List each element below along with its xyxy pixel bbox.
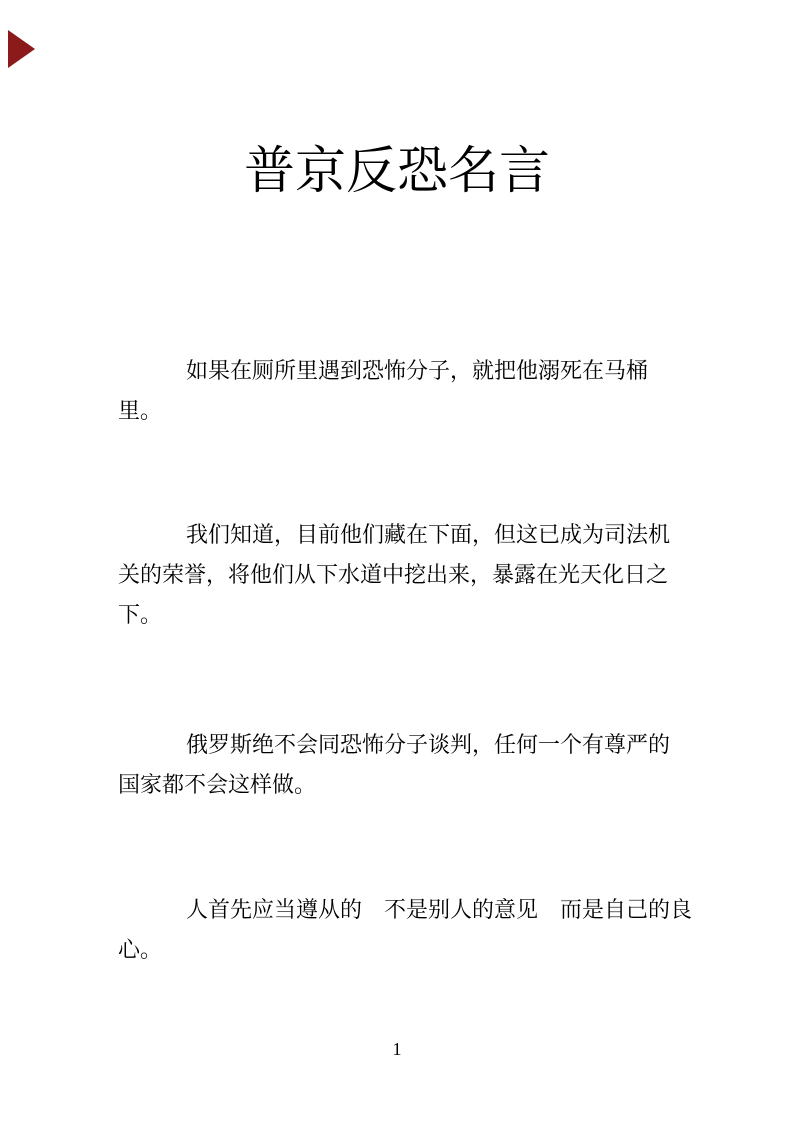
page-number: 1 <box>0 1039 794 1061</box>
paragraph-line: 人首先应当遵从的 不是别人的意见 而是自己的良 <box>118 890 680 930</box>
paragraph-line: 里。 <box>118 391 680 431</box>
paragraph-line: 如果在厕所里遇到恐怖分子，就把他溺死在马桶 <box>118 351 680 391</box>
paragraph-quote-3: 俄罗斯绝不会同恐怖分子谈判，任何一个有尊严的 国家都不会这样做。 <box>118 725 680 805</box>
paragraph-line: 心。 <box>118 930 680 970</box>
corner-triangle-icon <box>8 30 35 68</box>
paragraph-quote-2: 我们知道，目前他们藏在下面，但这已成为司法机 关的荣誉，将他们从下水道中挖出来，… <box>118 515 680 635</box>
paragraph-quote-1: 如果在厕所里遇到恐怖分子，就把他溺死在马桶 里。 <box>118 351 680 431</box>
paragraph-line: 下。 <box>118 595 680 635</box>
document-title: 普京反恐名言 <box>0 143 794 202</box>
paragraph-line: 俄罗斯绝不会同恐怖分子谈判，任何一个有尊严的 <box>118 725 680 765</box>
document-page: 普京反恐名言 如果在厕所里遇到恐怖分子，就把他溺死在马桶 里。 我们知道，目前他… <box>0 0 794 1123</box>
paragraph-quote-4: 人首先应当遵从的 不是别人的意见 而是自己的良 心。 <box>118 890 680 970</box>
paragraph-line: 关的荣誉，将他们从下水道中挖出来，暴露在光天化日之 <box>118 555 680 595</box>
paragraph-line: 国家都不会这样做。 <box>118 765 680 805</box>
paragraph-line: 我们知道，目前他们藏在下面，但这已成为司法机 <box>118 515 680 555</box>
